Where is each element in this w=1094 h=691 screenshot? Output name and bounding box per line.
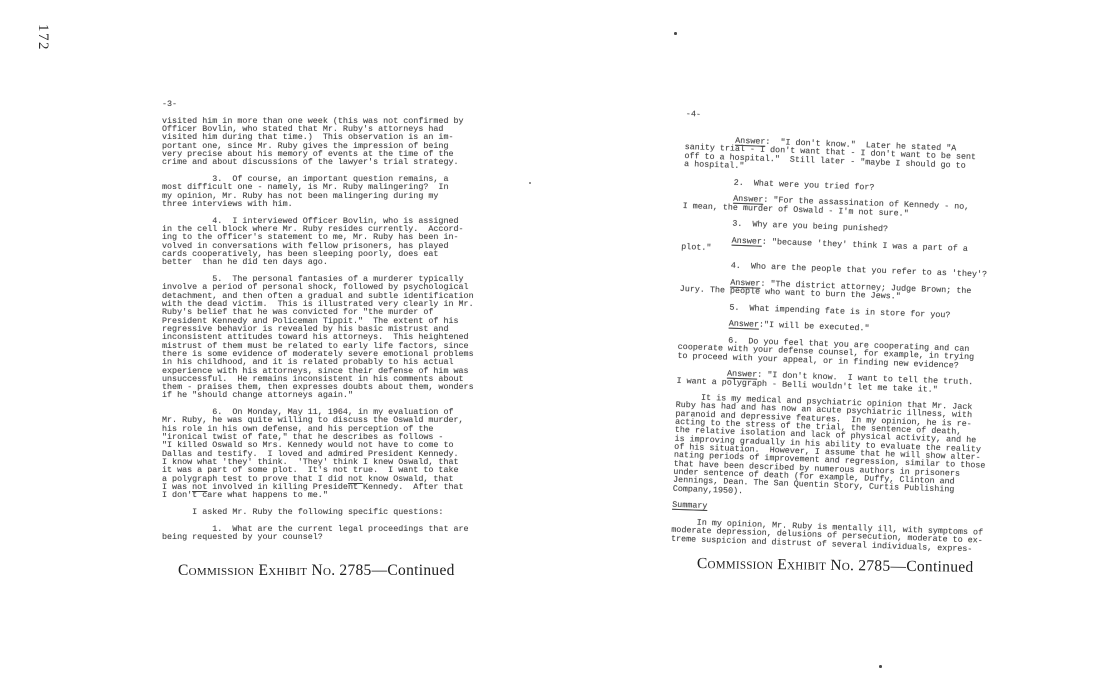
caption-number-text: 2785—Continued <box>339 562 454 579</box>
exhibit-caption-left: Commission Exhibit No.2785—Continued <box>178 562 455 580</box>
caption-smallcaps-text: Commission Exhibit No. <box>697 555 855 574</box>
scan-speck <box>879 665 882 668</box>
exhibit-caption-right: Commission Exhibit No.2785—Continued <box>697 555 974 577</box>
scan-speck <box>529 182 531 184</box>
folio-page-number: 172 <box>34 24 51 51</box>
caption-smallcaps-text: Commission Exhibit No. <box>178 562 335 579</box>
scanned-document-page: 172 -3- visited him in more than one wee… <box>0 0 1094 691</box>
typewritten-text-left-page: -3- visited him in more than one week (t… <box>162 100 474 541</box>
caption-number-text: 2785—Continued <box>858 557 974 576</box>
scan-speck <box>674 32 677 35</box>
typewritten-text-right-page: -4- Answer: "I don't know." Later he sta… <box>671 110 998 554</box>
